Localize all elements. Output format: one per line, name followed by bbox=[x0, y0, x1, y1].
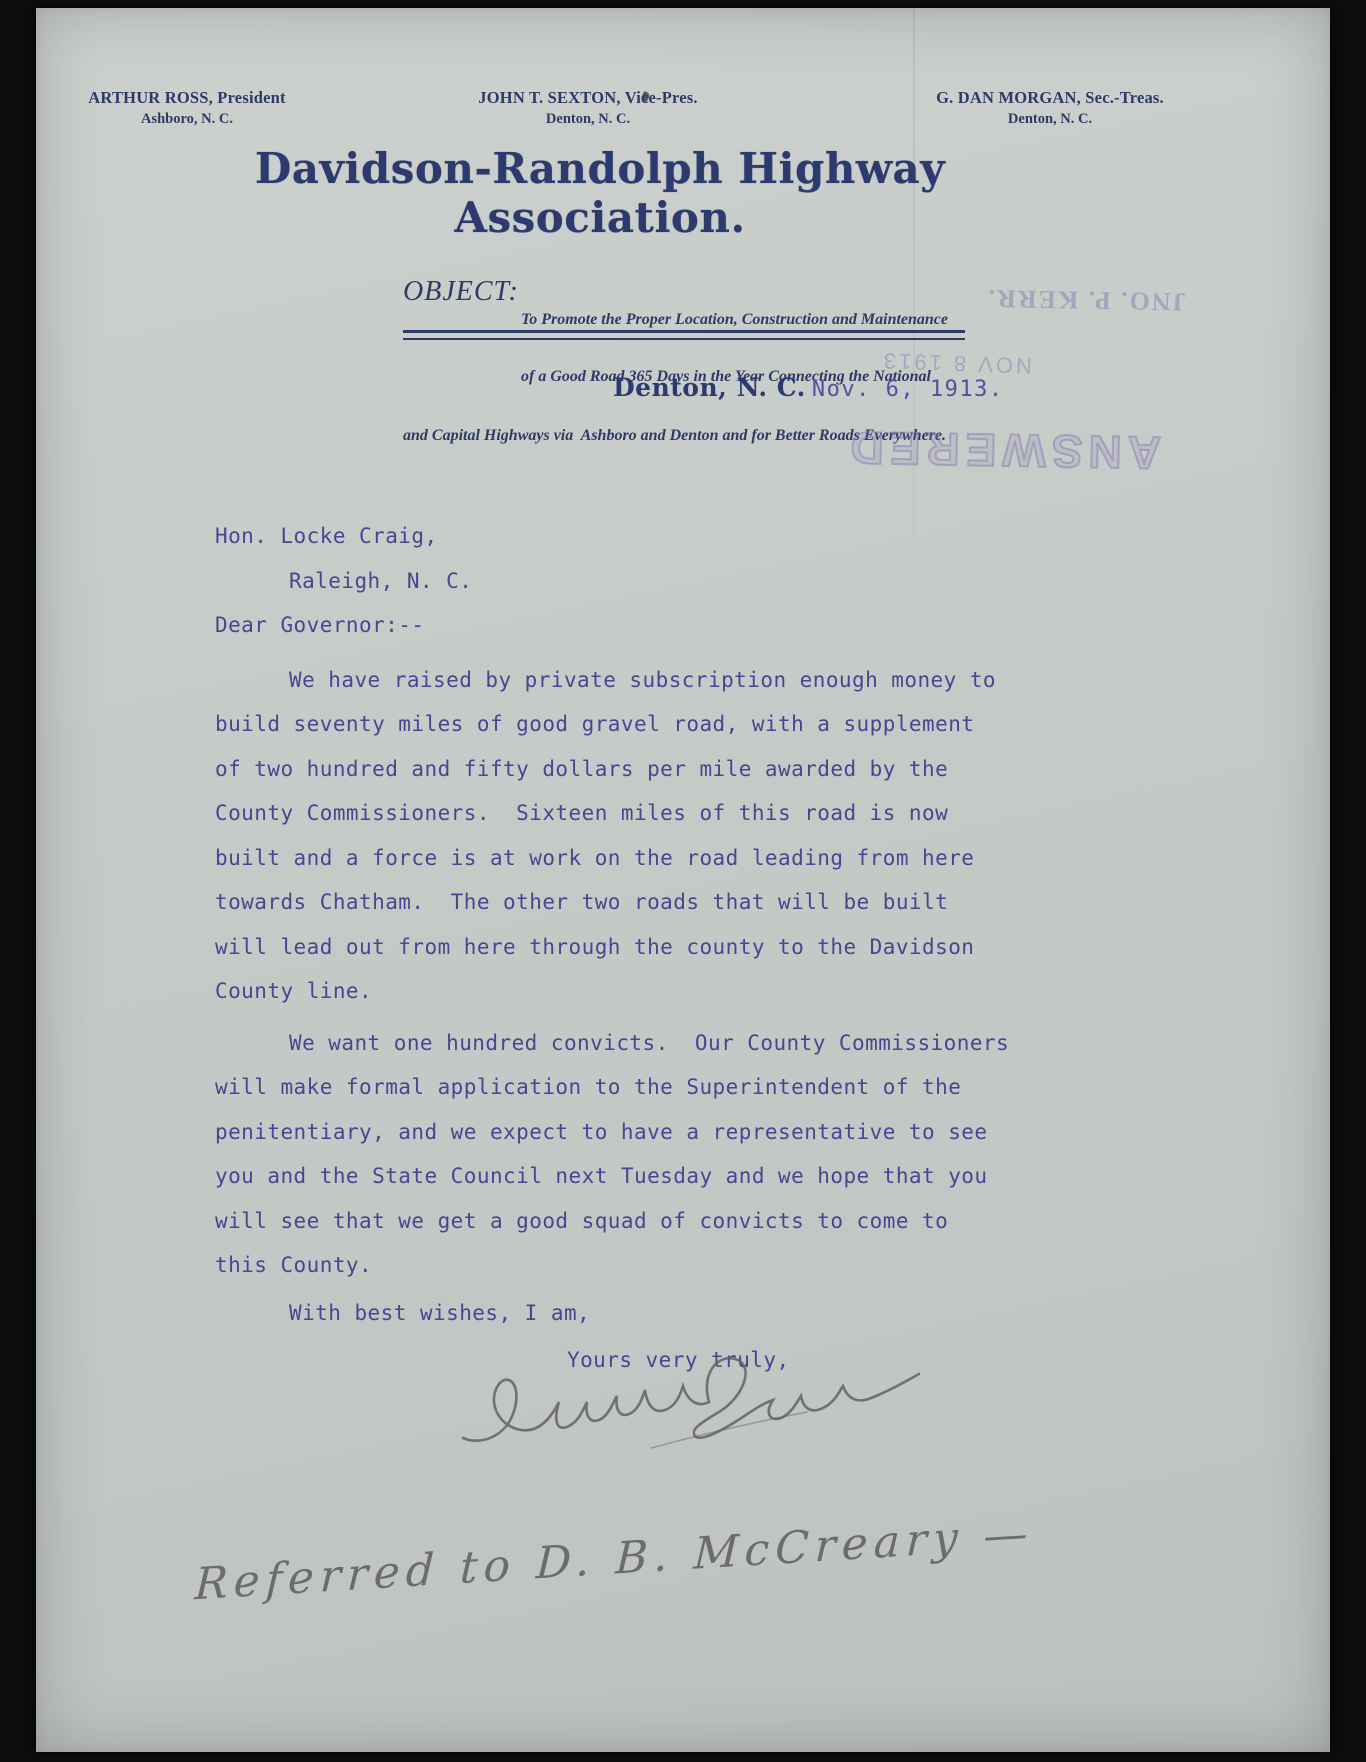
p2-line: penitentiary, and we expect to have a re… bbox=[215, 1110, 1035, 1155]
officer-sec-treas-location: Denton, N. C. bbox=[920, 111, 1180, 128]
officer-president-location: Ashboro, N. C. bbox=[77, 111, 297, 128]
p1-line: of two hundred and fifty dollars per mil… bbox=[215, 747, 1035, 792]
scanned-letter-page: { "letterhead": { "officers": [ { "name"… bbox=[0, 0, 1366, 1762]
referral-annotation: Referred to D. B. McCreary — bbox=[194, 1513, 955, 1611]
p1-line: County Commissioners. Sixteen miles of t… bbox=[215, 791, 1035, 836]
p2-line: this County. bbox=[215, 1243, 1035, 1288]
dateline-date: Nov. 6, 1913. bbox=[812, 377, 1004, 402]
officer-vice-president: JOHN T. SEXTON, Vice-Pres. Denton, N. C. bbox=[468, 88, 708, 128]
paragraph-1: We have raised by private subscription e… bbox=[215, 658, 1035, 1014]
p1-line: build seventy miles of good gravel road,… bbox=[215, 702, 1035, 747]
officer-sec-treas: G. DAN MORGAN, Sec.-Treas. Denton, N. C. bbox=[920, 88, 1180, 128]
letterhead-double-rule bbox=[403, 330, 965, 345]
object-label: OBJECT: bbox=[403, 272, 521, 308]
p1-line: We have raised by private subscription e… bbox=[215, 658, 1035, 703]
dateline-place: Denton, N. C. bbox=[613, 373, 806, 402]
p1-line: towards Chatham. The other two roads tha… bbox=[215, 880, 1035, 925]
rule-bar-bottom bbox=[403, 338, 965, 341]
paragraph-2: We want one hundred convicts. Our County… bbox=[215, 1021, 1035, 1288]
officer-president-name: ARTHUR ROSS, President bbox=[77, 88, 297, 108]
object-line1: To Promote the Proper Location, Construc… bbox=[521, 310, 948, 329]
recipient-line2: Raleigh, N. C. bbox=[215, 559, 1035, 604]
letter-paper: ARTHUR ROSS, President Ashboro, N. C. JO… bbox=[36, 8, 1330, 1752]
p2-line: We want one hundred convicts. Our County… bbox=[215, 1021, 1035, 1066]
closing-line: With best wishes, I am, bbox=[215, 1291, 1035, 1336]
letter-body: Hon. Locke Craig, Raleigh, N. C. Dear Go… bbox=[215, 514, 1035, 1383]
object-line3: and Capital Highways via Ashboro and Den… bbox=[403, 426, 965, 445]
officer-vice-president-location: Denton, N. C. bbox=[468, 111, 708, 128]
p1-line: will lead out from here through the coun… bbox=[215, 925, 1035, 970]
officer-president: ARTHUR ROSS, President Ashboro, N. C. bbox=[77, 88, 297, 128]
officer-vice-president-name: JOHN T. SEXTON, Vice-Pres. bbox=[468, 88, 708, 108]
salutation: Dear Governor:-- bbox=[215, 603, 1035, 648]
p2-line: will see that we get a good squad of con… bbox=[215, 1199, 1035, 1244]
p1-line: County line. bbox=[215, 969, 1035, 1014]
rule-bar-top bbox=[403, 330, 965, 333]
p2-line: will make formal application to the Supe… bbox=[215, 1065, 1035, 1110]
officer-sec-treas-name: G. DAN MORGAN, Sec.-Treas. bbox=[920, 88, 1180, 108]
organization-title: Davidson-Randolph Highway Association. bbox=[200, 144, 1000, 242]
object-statement: OBJECT: To Promote the Proper Location, … bbox=[403, 272, 965, 445]
p1-line: built and a force is at work on the road… bbox=[215, 836, 1035, 881]
dateline: Denton, N. C.Nov. 6, 1913. bbox=[613, 373, 1004, 402]
stamp-recipient-name: JNO. P. KERR. bbox=[986, 283, 1186, 316]
signature-arthur-ross: Arthur Ross bbox=[455, 1352, 925, 1460]
p2-line: you and the State Council next Tuesday a… bbox=[215, 1154, 1035, 1199]
recipient-line1: Hon. Locke Craig, bbox=[215, 514, 1035, 559]
